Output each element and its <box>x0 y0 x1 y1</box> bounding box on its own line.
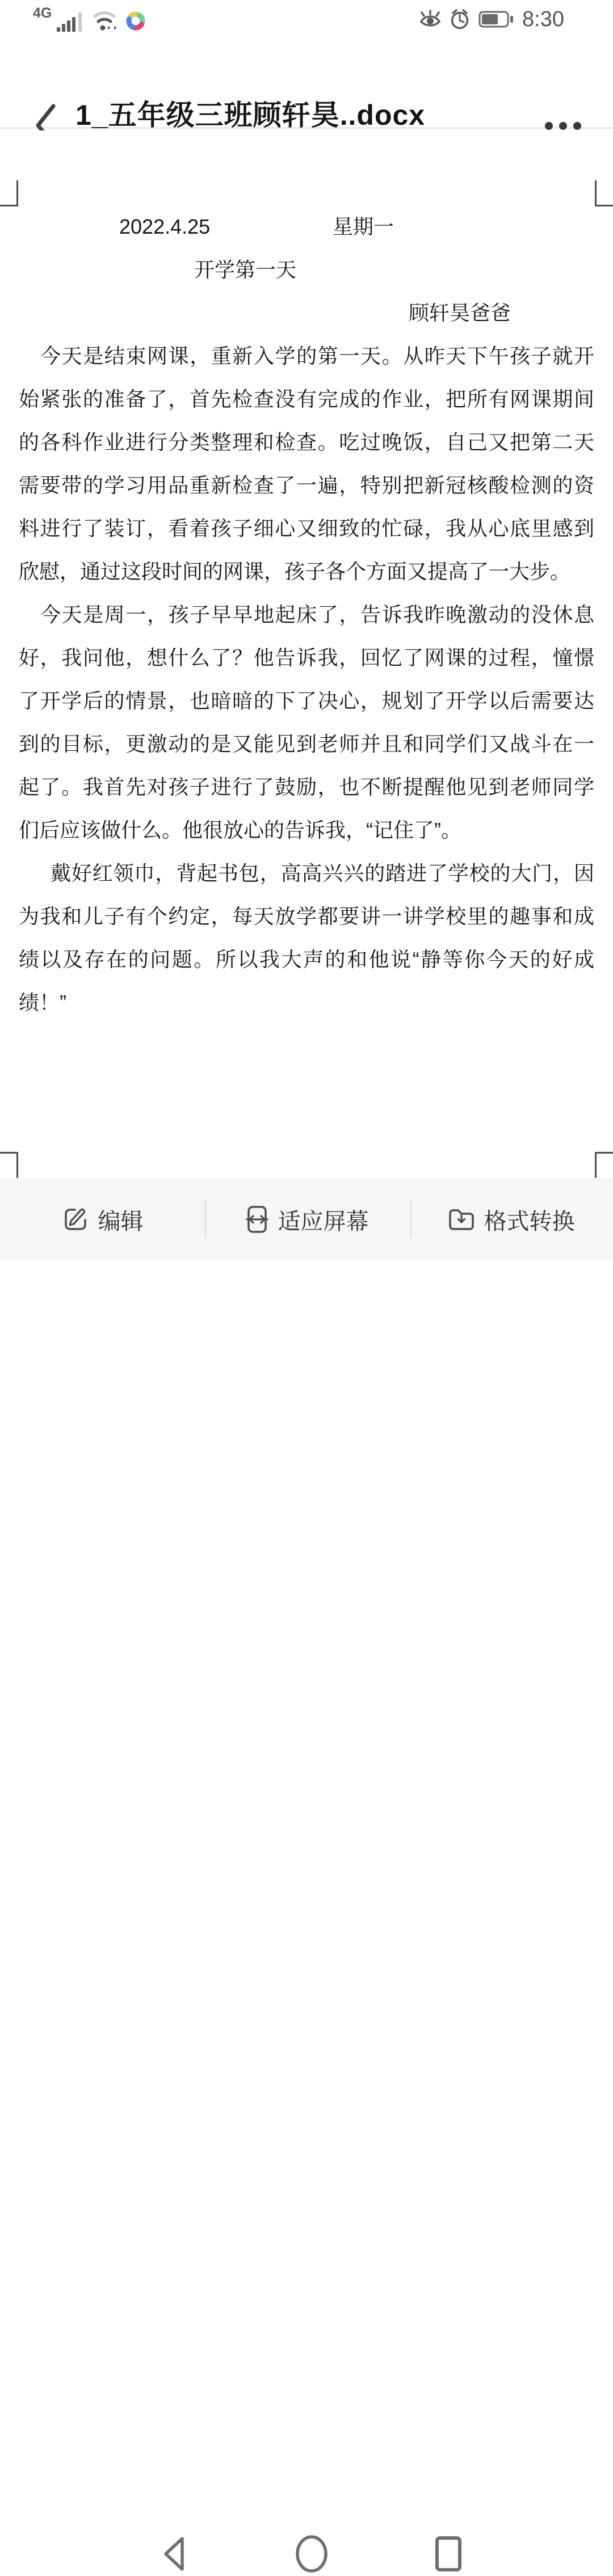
doc-line-line: 起了。我首先对孩子进行了鼓励，也不断提醒他见到老师同学 <box>19 766 594 809</box>
doc-line-para-start: 今天是周一，孩子早早地起床了，告诉我昨晚激动的没休息 <box>19 593 594 636</box>
toolbar-divider <box>410 1200 412 1238</box>
toolbar-divider <box>205 1200 206 1238</box>
doc-line-line: 料进行了装订，看着孩子细心又细致的忙碌，我从心底里感到 <box>19 507 594 550</box>
doc-line-line: 绩以及存在的问题。所以我大声的和他说“静等你今天的好成 <box>19 938 594 981</box>
format-convert-icon <box>447 1205 476 1234</box>
fit-screen-button[interactable]: 适应屏幕 <box>204 1179 409 1260</box>
doc-line-line: 的各科作业进行分类整理和检查。吃过晚饭，自己又把第二天 <box>19 421 594 464</box>
eye-protection-icon <box>419 10 441 29</box>
doc-line-para-start: 今天是结束网课，重新入学的第一天。从昨天下午孩子就开 <box>19 335 594 378</box>
three-dots-icon <box>544 121 582 130</box>
header: 1_五年级三班顾轩昊..docx QQ浏览器文件服务 <box>0 38 613 129</box>
document-text: 2022.4.25星期一开学第一天顾轩昊爸爸今天是结束网课，重新入学的第一天。从… <box>19 205 594 1024</box>
wifi-icon <box>93 9 119 32</box>
fit-screen-icon <box>245 1205 270 1234</box>
doc-line-date: 2022.4.25星期一 <box>19 205 594 248</box>
alarm-icon <box>450 9 470 30</box>
edit-button[interactable]: 编辑 <box>0 1179 204 1260</box>
format-convert-label: 格式转换 <box>484 1203 575 1236</box>
doc-line-author: 顾轩昊爸爸 <box>19 292 594 335</box>
doc-line-para-end: 们后应该做什么。他很放心的告诉我，“记住了”。 <box>19 809 594 852</box>
doc-line-line: 了开学后的情景，也暗暗的下了决心，规划了开学以后需要达 <box>19 679 594 723</box>
status-bar: 4G <box>0 0 613 38</box>
format-convert-button[interactable]: 格式转换 <box>409 1179 613 1260</box>
page-corner-mark-top-left <box>0 180 18 206</box>
doc-line-line: 始紧张的准备了，首先检查没有完成的作业，把所有网课期间 <box>19 378 594 421</box>
edit-icon <box>61 1205 90 1234</box>
doc-line-heading: 开学第一天 <box>19 248 594 292</box>
signal-bars-icon <box>57 10 87 33</box>
doc-line-line: 到的目标，更激动的是又能见到老师并且和同学们又战斗在一 <box>19 723 594 766</box>
page-corner-mark-top-right <box>595 180 613 206</box>
doc-line-line: 好，我问他，想什么了？他告诉我，回忆了网课的过程，憧憬 <box>19 636 594 679</box>
battery-icon <box>478 10 514 28</box>
doc-line-line: 需要带的学习用品重新检查了一遍，特别把新冠核酸检测的资 <box>19 464 594 507</box>
doc-line-para-end: 绩！” <box>19 981 594 1024</box>
navigation-bar <box>0 1260 613 1327</box>
edit-label: 编辑 <box>98 1203 144 1236</box>
doc-line-para-start-3: 戴好红领巾，背起书包，高高兴兴的踏进了学校的大门，因 <box>19 852 594 895</box>
bottom-toolbar: 编辑 适应屏幕 格式转换 <box>0 1179 613 1260</box>
page-corner-mark-bottom-left <box>0 1152 18 1178</box>
status-right-cluster: 8:30 <box>419 7 564 32</box>
doc-line-line: 为我和儿子有个约定，每天放学都要讲一讲学校里的趣事和成 <box>19 895 594 938</box>
fit-screen-label: 适应屏幕 <box>278 1203 369 1236</box>
network-type-label: 4G <box>33 5 52 22</box>
page-corner-mark-bottom-right <box>595 1152 613 1178</box>
status-left-cluster: 4G <box>33 6 148 33</box>
clock-time: 8:30 <box>522 7 564 32</box>
app-swirl-icon <box>124 9 148 33</box>
doc-line-para-end: 欣慰，通过这段时间的网课，孩子各个方面又提高了一大步。 <box>19 550 594 593</box>
document-title: 1_五年级三班顾轩昊..docx <box>75 92 530 133</box>
